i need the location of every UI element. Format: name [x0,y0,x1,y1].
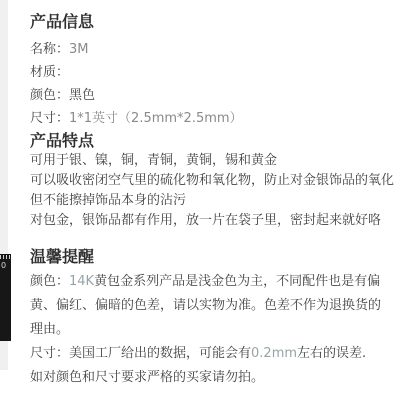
info-label: 材质： [30,65,69,80]
section-heading-reminder: 温馨提醒 [30,247,390,267]
feature-line: 可用于银、镍，铜，青铜，黄铜，锡和黄金 [30,151,390,171]
reminder-color-note: 颜色：14K黄包金系列产品是浅金色为主，不同配件也是有偏黄、偏红、偏暗的色差，请… [30,270,390,342]
product-features-list: 可用于银、镍，铜，青铜，黄铜，锡和黄金 可以吸收密闭空气里的硫化物和氧化物，防止… [30,151,390,231]
ruler-ticks [0,255,11,259]
info-value: 1*1英寸（2.5mm*2.5mm） [69,111,243,126]
reminder-size-highlight: 0.2mm [251,346,297,361]
reminder-color-label: 颜色： [30,274,69,289]
info-row-color: 颜色：黑色 [30,84,390,107]
info-label: 尺寸： [30,111,69,126]
ruler-zero-label: 0 [1,261,6,270]
info-row-size: 尺寸：1*1英寸（2.5mm*2.5mm） [30,107,390,130]
info-value: 黑色 [69,88,95,103]
reminder-notes: 颜色：14K黄包金系列产品是浅金色为主，不同配件也是有偏黄、偏红、偏暗的色差，请… [30,270,390,390]
feature-line: 但不能擦掉饰品本身的沾污 [30,191,390,211]
reminder-size-prefix: 尺寸：美国工厂给出的数据，可能会有 [30,346,251,361]
product-description-page: 0 产品信息 名称：3M 材质： 颜色：黑色 尺寸：1*1英寸（2.5mm*2.… [0,0,396,396]
feature-line: 对包金，银饰品都有作用，放一片在袋子里，密封起来就好咯 [30,211,390,231]
info-row-material: 材质： [30,61,390,84]
feature-line: 可以吸收密闭空气里的硫化物和氧化物，防止对金银饰品的氧化 [30,171,390,191]
product-photo-fragment: 0 [0,254,11,341]
reminder-final-note: 如对颜色和尺寸要求严格的买家请勿拍。 [30,366,390,390]
reminder-color-highlight: 14K [69,274,94,289]
info-label: 名称： [30,42,69,57]
info-value: 3M [69,42,89,57]
section-heading-product-features: 产品特点 [30,131,390,151]
info-label: 颜色： [30,88,69,103]
product-info-list: 名称：3M 材质： 颜色：黑色 尺寸：1*1英寸（2.5mm*2.5mm） [30,38,390,130]
reminder-size-suffix: 左右的误差. [297,346,366,361]
description-content: 产品信息 名称：3M 材质： 颜色：黑色 尺寸：1*1英寸（2.5mm*2.5m… [30,12,390,390]
info-row-name: 名称：3M [30,38,390,61]
section-heading-product-info: 产品信息 [30,12,390,32]
reminder-size-note: 尺寸：美国工厂给出的数据，可能会有0.2mm左右的误差. [30,342,390,366]
